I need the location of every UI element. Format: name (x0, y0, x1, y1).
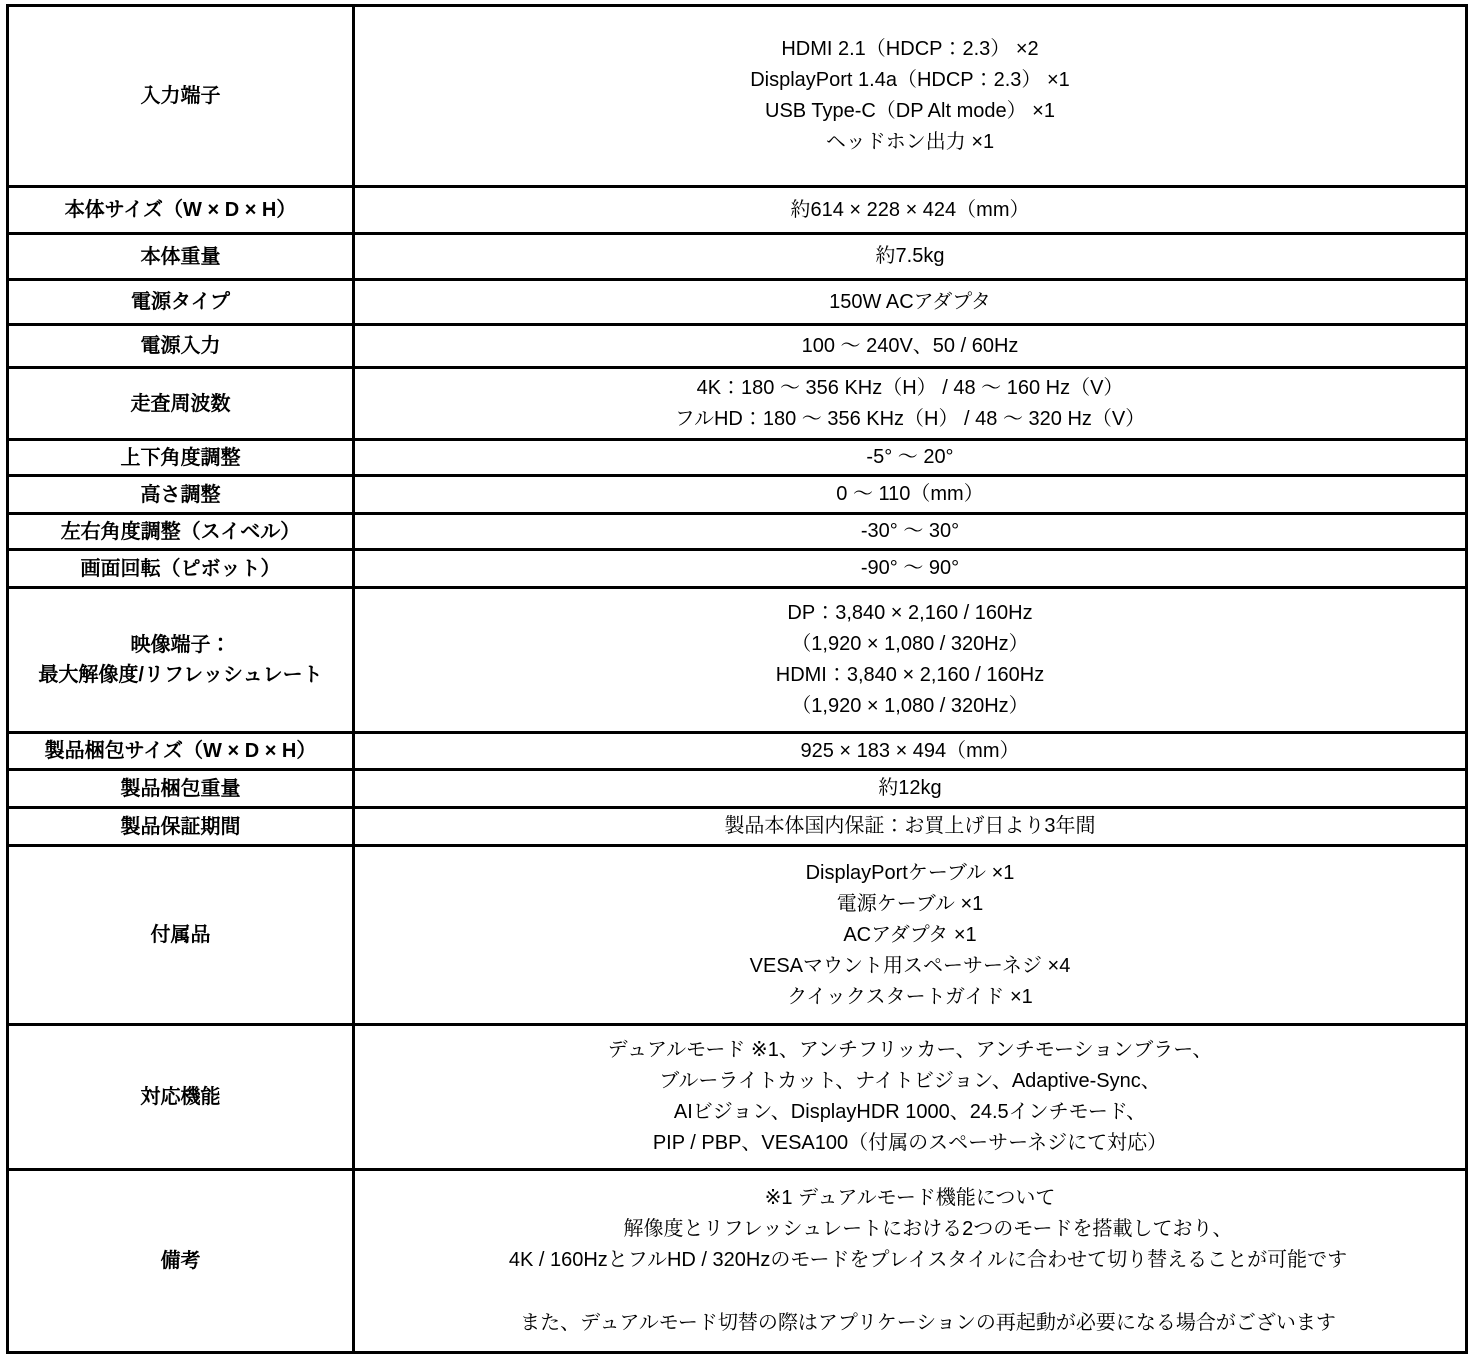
spec-value-accessories: DisplayPortケーブル ×1 電源ケーブル ×1 ACアダプタ ×1 V… (354, 846, 1467, 1025)
row-remarks: 備考 ※1 デュアルモード機能について 解像度とリフレッシュレートにおける2つの… (8, 1170, 1467, 1353)
spec-label-body-size: 本体サイズ（W × D × H） (8, 187, 354, 234)
label-line: 本体サイズ（W × D × H） (9, 195, 352, 225)
value-line: 0 ～ 110（mm） (355, 479, 1465, 510)
value-line: -90° ～ 90° (355, 553, 1465, 584)
value-line: ヘッドホン出力 ×1 (355, 127, 1465, 158)
row-body-size: 本体サイズ（W × D × H） 約614 × 228 × 424（mm） (8, 187, 1467, 234)
spec-value-warranty-period: 製品本体国内保証：お買上げ日より3年間 (354, 808, 1467, 846)
label-line: 上下角度調整 (9, 443, 352, 473)
row-tilt-adjustment: 上下角度調整 -5° ～ 20° (8, 440, 1467, 476)
spec-value-pivot-rotation: -90° ～ 90° (354, 550, 1467, 588)
label-line: 付属品 (9, 920, 352, 950)
value-line-blank (355, 1276, 1465, 1308)
label-line: 備考 (9, 1246, 352, 1276)
label-line: 映像端子： (9, 630, 352, 660)
spec-value-body-weight: 約7.5kg (354, 234, 1467, 280)
spec-value-remarks: ※1 デュアルモード機能について 解像度とリフレッシュレートにおける2つのモード… (354, 1170, 1467, 1353)
value-line: フルHD：180 ～ 356 KHz（H） / 48 ～ 320 Hz（V） (355, 404, 1465, 435)
label-line: 高さ調整 (9, 480, 352, 510)
row-power-input: 電源入力 100 ～ 240V、50 / 60Hz (8, 325, 1467, 368)
spec-label-accessories: 付属品 (8, 846, 354, 1025)
spec-value-max-resolution-refresh: DP：3,840 × 2,160 / 160Hz （1,920 × 1,080 … (354, 588, 1467, 733)
row-max-resolution-refresh: 映像端子： 最大解像度/リフレッシュレート DP：3,840 × 2,160 /… (8, 588, 1467, 733)
row-package-weight: 製品梱包重量 約12kg (8, 770, 1467, 808)
value-line: HDMI：3,840 × 2,160 / 160Hz (355, 660, 1465, 691)
label-line: 対応機能 (9, 1082, 352, 1112)
row-package-size: 製品梱包サイズ（W × D × H） 925 × 183 × 494（mm） (8, 733, 1467, 770)
spec-value-tilt-adjustment: -5° ～ 20° (354, 440, 1467, 476)
spec-label-input-terminals: 入力端子 (8, 6, 354, 187)
value-line: 約614 × 228 × 424（mm） (355, 195, 1465, 226)
row-scan-frequency: 走査周波数 4K：180 ～ 356 KHz（H） / 48 ～ 160 Hz（… (8, 368, 1467, 440)
spec-value-input-terminals: HDMI 2.1（HDCP：2.3） ×2 DisplayPort 1.4a（H… (354, 6, 1467, 187)
value-line: AIビジョン、DisplayHDR 1000、24.5インチモード、 (355, 1097, 1465, 1128)
spec-label-remarks: 備考 (8, 1170, 354, 1353)
value-line: VESAマウント用スペーサーネジ ×4 (355, 951, 1465, 982)
spec-label-scan-frequency: 走査周波数 (8, 368, 354, 440)
value-line: 150W ACアダプタ (355, 287, 1465, 318)
spec-label-package-weight: 製品梱包重量 (8, 770, 354, 808)
spec-table: 入力端子 HDMI 2.1（HDCP：2.3） ×2 DisplayPort 1… (6, 4, 1468, 1354)
value-line: デュアルモード ※1、アンチフリッカー、アンチモーションブラー、 (355, 1035, 1465, 1066)
label-line: 電源入力 (9, 331, 352, 361)
spec-label-tilt-adjustment: 上下角度調整 (8, 440, 354, 476)
value-line: （1,920 × 1,080 / 320Hz） (355, 691, 1465, 722)
value-line: PIP / PBP、VESA100（付属のスペーサーネジにて対応） (355, 1128, 1465, 1159)
value-line: 約7.5kg (355, 241, 1465, 272)
value-line: クイックスタートガイド ×1 (355, 982, 1465, 1013)
value-line: DisplayPort 1.4a（HDCP：2.3） ×1 (355, 65, 1465, 96)
spec-label-package-size: 製品梱包サイズ（W × D × H） (8, 733, 354, 770)
spec-label-swivel-adjustment: 左右角度調整（スイベル） (8, 514, 354, 550)
value-line: DP：3,840 × 2,160 / 160Hz (355, 598, 1465, 629)
spec-value-package-weight: 約12kg (354, 770, 1467, 808)
label-line: 左右角度調整（スイベル） (9, 517, 352, 547)
value-line: DisplayPortケーブル ×1 (355, 858, 1465, 889)
spec-table-body: 入力端子 HDMI 2.1（HDCP：2.3） ×2 DisplayPort 1… (8, 6, 1467, 1353)
row-accessories: 付属品 DisplayPortケーブル ×1 電源ケーブル ×1 ACアダプタ … (8, 846, 1467, 1025)
value-line: 約12kg (355, 773, 1465, 804)
value-line: ブルーライトカット、ナイトビジョン、Adaptive-Sync、 (355, 1066, 1465, 1097)
row-swivel-adjustment: 左右角度調整（スイベル） -30° ～ 30° (8, 514, 1467, 550)
spec-value-height-adjustment: 0 ～ 110（mm） (354, 476, 1467, 514)
value-line: 925 × 183 × 494（mm） (355, 736, 1465, 767)
spec-value-power-type: 150W ACアダプタ (354, 280, 1467, 325)
value-line: 製品本体国内保証：お買上げ日より3年間 (355, 811, 1465, 842)
row-supported-features: 対応機能 デュアルモード ※1、アンチフリッカー、アンチモーションブラー、 ブル… (8, 1025, 1467, 1170)
spec-label-max-resolution-refresh: 映像端子： 最大解像度/リフレッシュレート (8, 588, 354, 733)
value-line: 100 ～ 240V、50 / 60Hz (355, 331, 1465, 362)
row-input-terminals: 入力端子 HDMI 2.1（HDCP：2.3） ×2 DisplayPort 1… (8, 6, 1467, 187)
row-height-adjustment: 高さ調整 0 ～ 110（mm） (8, 476, 1467, 514)
row-power-type: 電源タイプ 150W ACアダプタ (8, 280, 1467, 325)
row-body-weight: 本体重量 約7.5kg (8, 234, 1467, 280)
spec-label-warranty-period: 製品保証期間 (8, 808, 354, 846)
spec-label-power-type: 電源タイプ (8, 280, 354, 325)
spec-label-power-input: 電源入力 (8, 325, 354, 368)
spec-label-pivot-rotation: 画面回転（ピボット） (8, 550, 354, 588)
spec-value-power-input: 100 ～ 240V、50 / 60Hz (354, 325, 1467, 368)
spec-value-package-size: 925 × 183 × 494（mm） (354, 733, 1467, 770)
value-line: HDMI 2.1（HDCP：2.3） ×2 (355, 34, 1465, 65)
spec-value-supported-features: デュアルモード ※1、アンチフリッカー、アンチモーションブラー、 ブルーライトカ… (354, 1025, 1467, 1170)
value-line: 解像度とリフレッシュレートにおける2つのモードを搭載しており、 (355, 1214, 1465, 1245)
value-line: （1,920 × 1,080 / 320Hz） (355, 629, 1465, 660)
value-line: -5° ～ 20° (355, 442, 1465, 473)
row-pivot-rotation: 画面回転（ピボット） -90° ～ 90° (8, 550, 1467, 588)
spec-value-scan-frequency: 4K：180 ～ 356 KHz（H） / 48 ～ 160 Hz（V） フルH… (354, 368, 1467, 440)
label-line: 最大解像度/リフレッシュレート (9, 660, 352, 690)
row-warranty-period: 製品保証期間 製品本体国内保証：お買上げ日より3年間 (8, 808, 1467, 846)
value-line: 4K / 160HzとフルHD / 320Hzのモードをプレイスタイルに合わせて… (355, 1245, 1465, 1276)
label-line: 入力端子 (9, 81, 352, 111)
spec-label-supported-features: 対応機能 (8, 1025, 354, 1170)
label-line: 本体重量 (9, 242, 352, 272)
spec-value-body-size: 約614 × 228 × 424（mm） (354, 187, 1467, 234)
label-line: 製品梱包重量 (9, 774, 352, 804)
value-line: また、デュアルモード切替の際はアプリケーションの再起動が必要になる場合がございま… (355, 1308, 1465, 1339)
value-line: ACアダプタ ×1 (355, 920, 1465, 951)
label-line: 製品梱包サイズ（W × D × H） (9, 736, 352, 766)
value-line: -30° ～ 30° (355, 516, 1465, 547)
spec-label-body-weight: 本体重量 (8, 234, 354, 280)
spec-value-swivel-adjustment: -30° ～ 30° (354, 514, 1467, 550)
label-line: 製品保証期間 (9, 812, 352, 842)
value-line: 電源ケーブル ×1 (355, 889, 1465, 920)
value-line: ※1 デュアルモード機能について (355, 1183, 1465, 1214)
label-line: 画面回転（ピボット） (9, 554, 352, 584)
label-line: 電源タイプ (9, 287, 352, 317)
value-line: USB Type-C（DP Alt mode） ×1 (355, 96, 1465, 127)
value-line: 4K：180 ～ 356 KHz（H） / 48 ～ 160 Hz（V） (355, 373, 1465, 404)
label-line: 走査周波数 (9, 389, 352, 419)
spec-label-height-adjustment: 高さ調整 (8, 476, 354, 514)
